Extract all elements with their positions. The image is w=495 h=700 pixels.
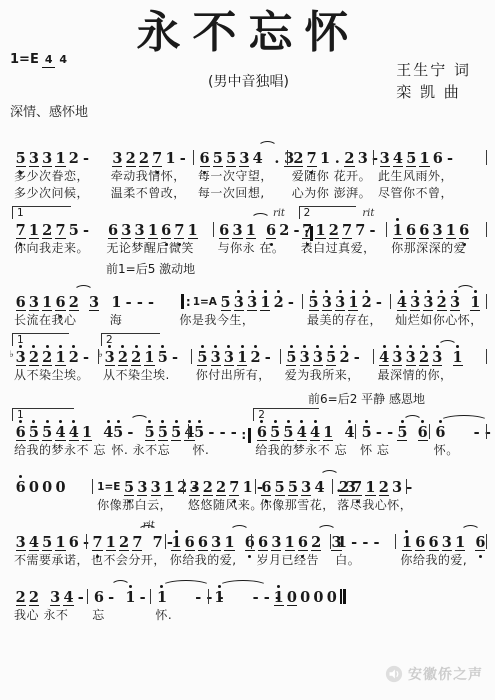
lyric-line-1: 忘 [92,608,149,623]
notes-row: 71277- [91,534,164,551]
measure: 2 6554414 给我的梦永不 忘 [251,410,356,458]
measure: 631623 长流在我心 [10,280,106,328]
notes-row: 53312- [196,349,279,366]
score-header: 1=E 4 4 永不忘怀 (男中音独唱) 王生宁 词 栾 凯 曲 深情、感怀地 [10,8,487,136]
watermark: 安徽侨之声 [385,664,483,684]
lyric-line-1: 最美的存在， [307,313,389,328]
measure: 5--56 怀 忘 [356,410,430,458]
measure: 6-1- 忘 [88,575,151,623]
notes-row: 34516- [378,150,485,167]
lyric-line-2: 温柔不曾改， [111,186,192,201]
lyric-line-1: 你像那雪花， [260,498,332,513]
lyric-line-1: 岁月已经告 [256,553,329,568]
notes-row: 1--- [335,534,394,551]
volta-bracket: 2 [299,206,356,219]
measure: 34516- 不需要承诺， [10,520,87,568]
measure: 5---: 怀. [189,410,252,458]
lyric-line-1: 无论梦醒后微笑 [106,241,211,256]
system-4: 1 3♭2212- 从不染尘埃。 2 3♭2215- 从不染尘埃. 53312-… [10,335,487,383]
lyric-line-2: 多少次问候， [14,186,105,201]
measure: 271.23- 爱随你 花开。 心为你 澎湃。 [288,136,374,201]
notes-row: 166316 [170,534,251,551]
lyricist-credit: 王生宁 词 [396,59,471,82]
volta-bracket: 1 [12,408,74,421]
credits: 王生宁 词 栾 凯 曲 [396,59,471,104]
system-8: 2234- 我心 永不 6-1- 忘 1--- 怀. 1--- 10000 [10,575,487,623]
measure: 1 6554414 给我的梦永不 忘 [10,410,108,458]
lyric-line-1: 给我的梦永不 忘 [255,443,354,458]
measure: 1 71275- 你向我走来。 [10,208,102,256]
notes-row: 34516- [14,534,85,551]
modulation-annotation-2: 前6=后2 平静 感恩地 [308,390,487,407]
lyric-line-1: 每一次守望， [198,169,286,184]
lyric-line-1: 海 [110,313,174,328]
measure: 6331671 无论梦醒后微笑 [102,208,213,256]
notes-row: 71277- [301,222,386,239]
measure: 2 rit 71277- 表白过真爱， [297,208,388,256]
notes-row: 5--56 [360,424,428,441]
notes-row: 1=E53312- [97,479,182,496]
notes-row: 166316 [400,534,485,551]
subtitle-row: (男中音独唱) 王生宁 词 栾 凯 曲 [10,59,487,103]
notes-row: 1--- [155,589,206,606]
measure: 6--- 怀。 [430,410,487,458]
lyric-line-1: 悠悠随风来。 [188,498,254,513]
lyric-line-1: 从不染尘埃. [103,368,190,383]
measure: 1=E53312- 你像那白云， [93,465,184,513]
lyric-line-1: 与你永 在。 [218,241,295,256]
notes-row: 6--- [434,424,485,441]
measure: 65534.3 你像那雪花， [256,465,334,513]
notes-row: 631623 [14,294,104,311]
system-1: 53312- 多少次眷恋， 多少次问候， 32271- 牵动我情怀， 温柔不曾改… [10,136,487,201]
notes-row: 65534.3 [260,479,332,496]
measure: 53352- 爱为我所来， [281,335,374,383]
notes-row: 631623 [256,534,329,551]
notes-row: 166316 [391,222,485,239]
measure: 53312- 最美的存在， [303,280,391,328]
notes-row: 27123- [337,479,405,496]
measure: 2 3♭2215- 从不染尘埃. [99,335,192,383]
rit-marking: rit [273,208,285,219]
notes-row: 53312- [14,150,105,167]
measure: 32271- 牵动我情怀， 温柔不曾改， [107,136,194,201]
measure: rit 71277- 也不会分开， [87,520,166,568]
modulation-annotation-1: 前1=后5 激动地 [106,260,487,277]
measure: 433231 灿烂如你心怀， [391,280,487,328]
lyric-line-1: 白。 [335,553,394,568]
lyric-line-2: 每一次回想, [198,186,286,201]
volta-bracket: 2 [253,408,319,421]
notes-row: 1--- [213,589,266,606]
notes-row: 63162-: [218,222,295,239]
measure: 1--- 怀. [151,575,208,623]
measure: 65534.3 每一次守望， 每一次回想, [194,136,288,201]
measure: 34516- 此生风雨外， 尽管你不曾， [374,136,487,201]
lyric-line-1: 爱为我所来， [285,368,372,383]
system-7: 34516- 不需要承诺， rit 71277- 也不会分开， 166316 你… [10,520,487,568]
measure: 6000 [10,465,93,498]
lyric-line-1: 怀 忘 [360,443,428,458]
notes-row: 5-5554 [112,424,187,441]
notes-row: 32271- [188,479,254,496]
speaker-logo-icon [385,665,403,683]
notes-row: 2234- [14,589,86,606]
measure: 166316 你那深深的爱 [387,208,487,256]
lyric-line-1: 怀. [193,443,250,458]
measure: 1--- 白。 [331,520,396,568]
lyric-line-1: 你给我的爱, [400,553,485,568]
notes-row: 433231 [395,294,485,311]
measure: 1--- [209,575,268,608]
lyric-line-1: 我心 永不 [14,608,86,623]
lyric-line-1: 你像那白云， [97,498,182,513]
lyric-line-1: 你向我走来。 [14,241,100,256]
lyric-line-1: 不需要承诺， [14,553,85,568]
notes-row: 6000 [14,479,91,496]
rit-marking: rit [362,208,374,219]
system-5: 1 6554414 给我的梦永不 忘 5-5554 怀. 永不忘 5---: 怀… [10,410,487,458]
notes-row: :1=A53312- [179,294,301,311]
notes-row: 3♭2212- [14,349,97,366]
notes-row: 32271- [111,150,192,167]
notes-row: 10000 [272,589,342,606]
page-title: 永不忘怀 [10,8,487,59]
lyric-line-1: 怀。 [434,443,485,458]
system-2: 1 71275- 你向我走来。 6331671 无论梦醒后微笑 rit 6316… [10,208,487,256]
measure: 1 3♭2212- 从不染尘埃。 [10,335,99,383]
measure: 32271- 悠悠随风来。 [184,465,256,513]
lyric-line-2: 尽管你不曾， [378,186,485,201]
measure: rit 63162-: 与你永 在。 [214,208,297,256]
notes-row: 433231 [378,349,486,366]
lyric-line-1: 落尽我心怀， [337,498,405,513]
measure: 1--- 海 [106,280,176,328]
composer-credit: 栾 凯 曲 [396,81,471,104]
notes-row: 6554414 [14,424,106,441]
lyric-line-1: 此生风雨外， [378,169,485,184]
lyric-line-1: 你付出所有， [196,368,279,383]
measure: 631623 岁月已经告 [252,520,331,568]
lyric-line-1: 最深情的你， [378,368,486,383]
lyric-line-1: 牵动我情怀， [111,169,192,184]
notes-row: 5---: [193,424,250,441]
lyric-line-1: 怀. 永不忘 [112,443,187,458]
measure: 5-5554 怀. 永不忘 [108,410,189,458]
measure: 433231 最深情的你， [374,335,488,383]
lyric-line-1: 给我的梦永不 忘 [14,443,106,458]
notes-row: 71275- [14,222,100,239]
volta-bracket: 1 [12,206,71,219]
lyric-line-1: 也不会分开， [91,553,164,568]
lyric-line-1: 从不染尘埃。 [14,368,97,383]
measure: 53312- 多少次眷恋， 多少次问候， [10,136,107,201]
lyric-line-1: 多少次眷恋， [14,169,105,184]
measure: 53312- 你付出所有， [192,335,281,383]
system-3: 631623 长流在我心 1--- 海 :1=A53312- 你是我今生， 53… [10,280,487,328]
notes-row: 6554414 [255,424,354,441]
measure: :1=A53312- 你是我今生， [175,280,303,328]
lyric-line-1: 你给我的爱, [170,553,251,568]
lyric-line-1: 爱随你 花开。 [292,169,372,184]
notes-row: 271.23- [292,150,372,167]
notes-row: 1--- [110,294,174,311]
lyric-line-1: 表白过真爱， [301,241,386,256]
notes-row: 53352- [285,349,372,366]
measure: 166316 你给我的爱, [396,520,487,568]
measure: 166316 你给我的爱, [166,520,253,568]
notes-row: 53312- [307,294,389,311]
notes-row: 6331671 [106,222,211,239]
lyric-line-1: 你是我今生， [179,313,301,328]
measure: 10000 [268,575,344,608]
measure: 2234- 我心 永不 [10,575,88,623]
lyric-line-2: 心为你 澎湃。 [292,186,372,201]
notes-row: 65534.3 [198,150,286,167]
lyric-line-1: 灿烂如你心怀， [395,313,485,328]
notes-row: 3♭2215- [103,349,190,366]
lyric-line-1: 怀. [155,608,206,623]
measure: 27123- 落尽我心怀， [333,465,407,513]
lyric-line-1: 你那深深的爱 [391,241,485,256]
watermark-text: 安徽侨之声 [408,664,483,684]
notes-row: 6-1- [92,589,149,606]
system-6: 6000 1=E53312- 你像那白云， 32271- 悠悠随风来。 6553… [10,465,487,513]
